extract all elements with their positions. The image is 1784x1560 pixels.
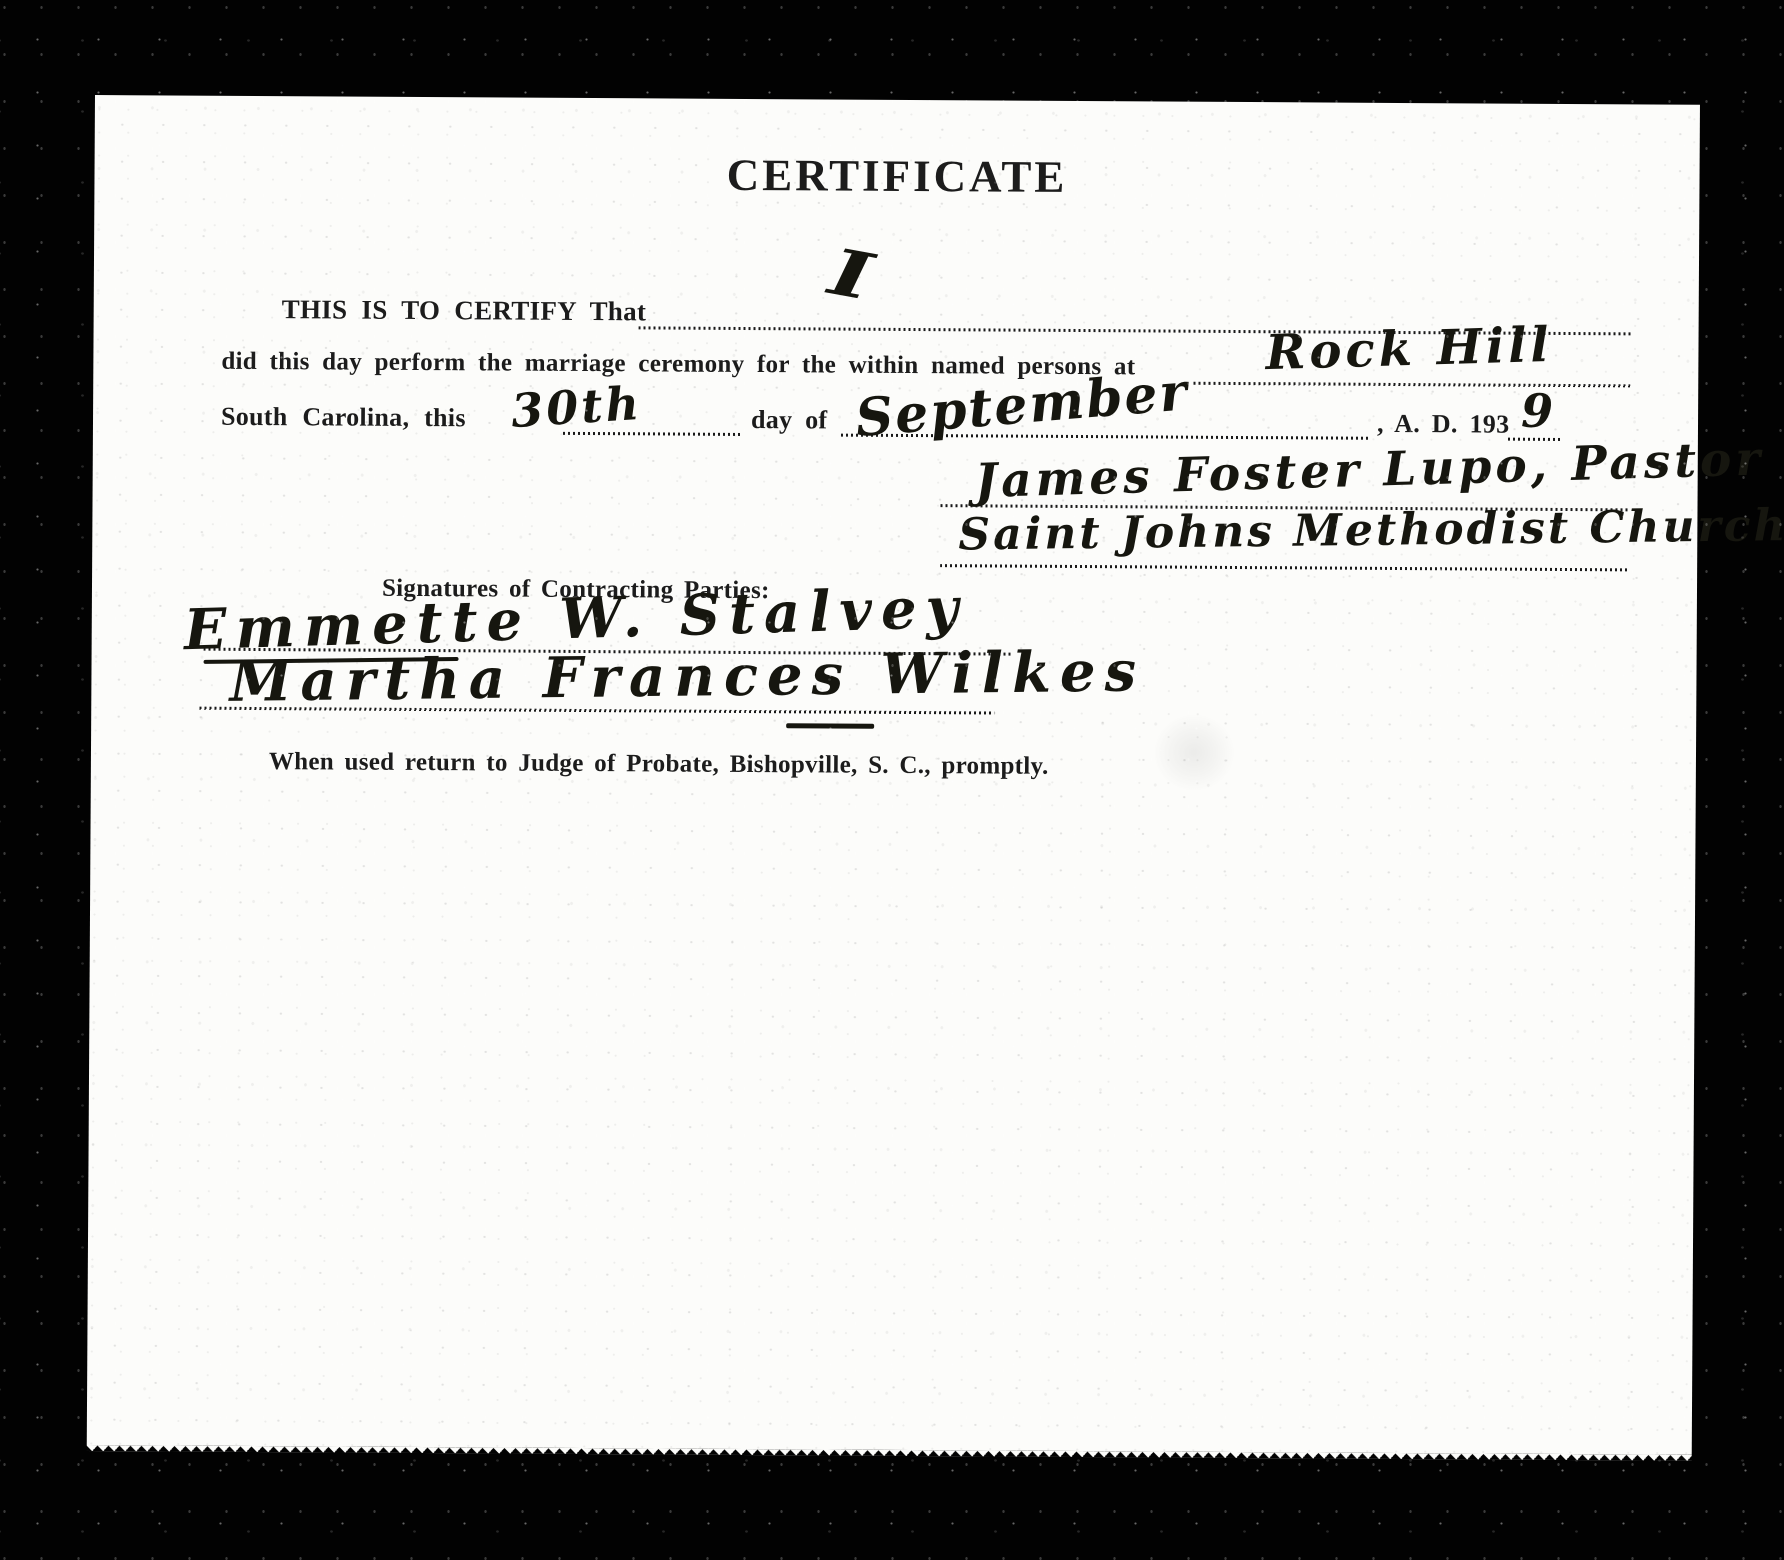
return-note: When used return to Judge of Probate, Bi… bbox=[269, 748, 1049, 781]
certificate-paper: CERTIFICATE THIS IS TO CERTIFY That I di… bbox=[87, 95, 1700, 1455]
certificate-title: CERTIFICATE bbox=[94, 145, 1699, 207]
party-signature-2-handwritten: Martha Frances Wilkes bbox=[229, 638, 1145, 714]
certify-label: THIS IS TO CERTIFY That bbox=[282, 294, 647, 327]
officiant-name-handwritten: James Foster Lupo, Pastor bbox=[974, 431, 1765, 509]
place-dotted-line bbox=[1193, 382, 1630, 388]
year-label: , A. D. 193 bbox=[1377, 409, 1510, 440]
day-of-label: day of bbox=[751, 405, 828, 435]
place-handwritten: Rock Hill bbox=[1265, 317, 1554, 381]
party-2-underline bbox=[786, 723, 874, 729]
scan-smudge bbox=[1153, 713, 1235, 791]
year-digit-handwritten: 9 bbox=[1521, 384, 1553, 438]
officiant-church-handwritten: Saint Johns Methodist Church bbox=[958, 500, 1784, 560]
paper-torn-edge bbox=[87, 1445, 1692, 1461]
day-handwritten: 30th bbox=[510, 376, 644, 438]
officiant-signature-line-2 bbox=[940, 564, 1628, 571]
state-day-label: South Carolina, this bbox=[221, 402, 466, 433]
officiant-initial-handwritten: I bbox=[824, 234, 879, 315]
